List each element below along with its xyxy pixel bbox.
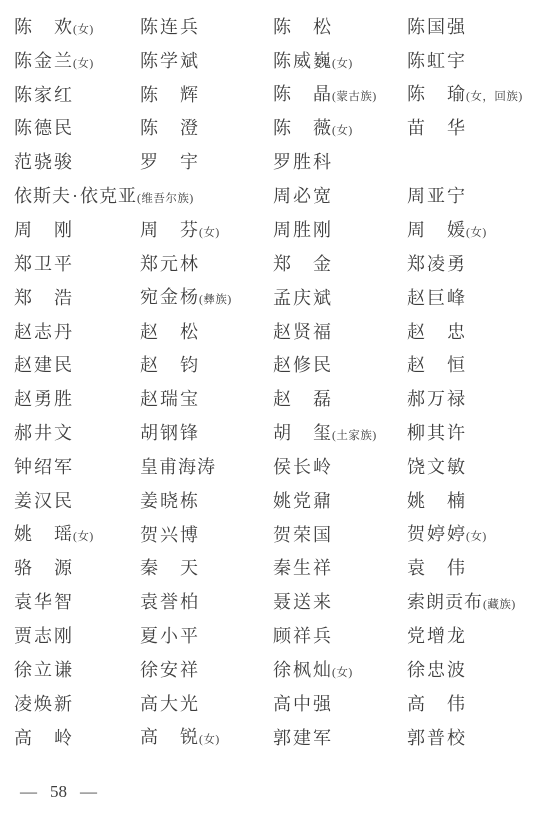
delegate-entry: 陈金兰(女) bbox=[14, 52, 140, 71]
delegate-name: 陈晶 bbox=[273, 85, 331, 103]
delegate-entry: 饶文敏 bbox=[407, 458, 550, 476]
list-row: 钟绍军皇甫海涛侯长岭饶文敏 bbox=[14, 450, 550, 484]
delegate-entry: 周媛(女) bbox=[407, 221, 550, 240]
delegate-entry: 赵巨峰 bbox=[407, 289, 550, 307]
delegate-name: 赵勇胜 bbox=[14, 390, 72, 408]
list-row: 郝井文胡钢锋胡玺(土家族)柳其许 bbox=[14, 416, 550, 450]
delegate-entry: 夏小平 bbox=[140, 627, 273, 645]
delegate-name: 赵修民 bbox=[273, 356, 331, 374]
delegate-annotation: (女) bbox=[465, 227, 487, 239]
delegate-entry: 郭普校 bbox=[407, 729, 550, 747]
list-row: 郑卫平郑元林郑金郑凌勇 bbox=[14, 247, 550, 281]
delegate-name: 胡钢锋 bbox=[140, 424, 198, 442]
delegate-name: 袁伟 bbox=[407, 559, 465, 577]
delegate-entry: 宛金杨(彝族) bbox=[140, 288, 273, 307]
delegate-name: 赵恒 bbox=[407, 356, 465, 374]
delegate-entry: 徐忠波 bbox=[407, 661, 550, 679]
delegate-entry: 赵钧 bbox=[140, 356, 273, 374]
delegate-entry: 聂送来 bbox=[273, 593, 407, 611]
delegate-name: 赵钧 bbox=[140, 356, 198, 374]
delegate-name: 陈国强 bbox=[407, 18, 465, 36]
delegate-entry: 陈德民 bbox=[14, 119, 140, 137]
list-row: 凌焕新高大光高中强高伟 bbox=[14, 687, 550, 721]
delegate-entry: 陈连兵 bbox=[140, 18, 273, 36]
delegate-name: 徐立谦 bbox=[14, 661, 72, 679]
delegate-entry: 郑金 bbox=[273, 255, 407, 273]
delegate-name: 袁誉柏 bbox=[140, 593, 198, 611]
delegate-entry: 凌焕新 bbox=[14, 695, 140, 713]
delegate-name: 骆源 bbox=[14, 559, 72, 577]
delegate-entry: 周必宽 bbox=[273, 187, 407, 205]
delegate-entry: 侯长岭 bbox=[273, 458, 407, 476]
delegate-name: 范骁骏 bbox=[14, 153, 72, 171]
delegate-entry: 姚楠 bbox=[407, 492, 550, 510]
list-row: 贾志刚夏小平顾祥兵党增龙 bbox=[14, 619, 550, 653]
delegate-annotation: (女) bbox=[198, 227, 220, 239]
delegate-entry: 贺婷婷(女) bbox=[407, 525, 550, 544]
delegate-entry: 陈辉 bbox=[140, 86, 273, 104]
delegate-entry: 赵志丹 bbox=[14, 323, 140, 341]
delegate-entry: 郝万禄 bbox=[407, 390, 550, 408]
delegate-entry: 党增龙 bbox=[407, 627, 550, 645]
delegate-name: 陈威巍 bbox=[273, 52, 331, 70]
delegate-entry: 郑浩 bbox=[14, 289, 140, 307]
delegate-name: 周必宽 bbox=[273, 187, 331, 205]
delegate-entry: 陈欢(女) bbox=[14, 18, 140, 37]
delegate-entry: 郑卫平 bbox=[14, 255, 140, 273]
delegate-entry: 郝井文 bbox=[14, 424, 140, 442]
delegate-entry: 徐安祥 bbox=[140, 661, 273, 679]
delegate-entry: 钟绍军 bbox=[14, 458, 140, 476]
delegate-annotation: (蒙古族) bbox=[331, 91, 377, 103]
delegate-entry: 徐立谦 bbox=[14, 661, 140, 679]
delegate-entry: 骆源 bbox=[14, 559, 140, 577]
delegate-name: 贺婷婷 bbox=[407, 525, 465, 543]
delegate-entry: 秦天 bbox=[140, 559, 273, 577]
delegate-annotation: (女) bbox=[331, 58, 353, 70]
delegate-entry: 袁伟 bbox=[407, 559, 550, 577]
delegate-name: 贺兴博 bbox=[140, 526, 198, 544]
delegate-name: 孟庆斌 bbox=[273, 289, 331, 307]
delegate-entry: 徐枫灿(女) bbox=[273, 661, 407, 680]
delegate-name: 高中强 bbox=[273, 695, 331, 713]
delegate-name: 索朗贡布 bbox=[407, 593, 482, 611]
delegate-name: 郝井文 bbox=[14, 424, 72, 442]
delegate-entry: 袁华智 bbox=[14, 593, 140, 611]
footer-right-dash: — bbox=[80, 782, 97, 802]
delegate-name: 姜汉民 bbox=[14, 492, 72, 510]
delegate-name: 高锐 bbox=[140, 728, 198, 746]
delegate-name: 陈连兵 bbox=[140, 18, 198, 36]
delegate-name: 陈欢 bbox=[14, 18, 72, 36]
delegate-name: 赵志丹 bbox=[14, 323, 72, 341]
delegate-entry: 赵贤福 bbox=[273, 323, 407, 341]
delegate-name: 周芬 bbox=[140, 221, 198, 239]
delegate-name: 姚党鼐 bbox=[273, 492, 331, 510]
delegate-name: 赵建民 bbox=[14, 356, 72, 374]
delegate-entry: 周胜刚 bbox=[273, 221, 407, 239]
list-row: 范骁骏罗宇罗胜科 bbox=[14, 145, 550, 179]
delegate-annotation: (女，回族) bbox=[465, 91, 523, 103]
delegate-name: 赵松 bbox=[140, 323, 198, 341]
delegate-entry: 索朗贡布(藏族) bbox=[407, 593, 550, 612]
delegate-entry: 周亚宁 bbox=[407, 187, 550, 205]
delegate-entry: 赵勇胜 bbox=[14, 390, 140, 408]
delegate-name: 陈家红 bbox=[14, 86, 72, 104]
delegate-entry: 孟庆斌 bbox=[273, 289, 407, 307]
delegate-name: 陈金兰 bbox=[14, 52, 72, 70]
delegate-entry: 依斯夫 · 依克亚(维吾尔族) bbox=[14, 187, 273, 206]
delegate-name: 侯长岭 bbox=[273, 458, 331, 476]
delegate-name: 郑元林 bbox=[140, 255, 198, 273]
delegate-entry: 皇甫海涛 bbox=[140, 458, 273, 476]
delegate-entry: 周芬(女) bbox=[140, 221, 273, 240]
delegate-entry: 赵修民 bbox=[273, 356, 407, 374]
delegate-name: 高大光 bbox=[140, 695, 198, 713]
delegate-entry: 赵恒 bbox=[407, 356, 550, 374]
delegate-entry: 贺荣国 bbox=[273, 526, 407, 544]
delegate-name: 姜晓栋 bbox=[140, 492, 198, 510]
delegate-name: 饶文敏 bbox=[407, 458, 465, 476]
delegate-entry: 郭建军 bbox=[273, 729, 407, 747]
delegate-entry: 袁誉柏 bbox=[140, 593, 273, 611]
delegate-name: 苗华 bbox=[407, 119, 465, 137]
delegate-name: 赵磊 bbox=[273, 390, 331, 408]
list-row: 郑浩宛金杨(彝族)孟庆斌赵巨峰 bbox=[14, 281, 550, 315]
list-row: 姚瑶(女)贺兴博贺荣国贺婷婷(女) bbox=[14, 518, 550, 552]
delegate-name: 钟绍军 bbox=[14, 458, 72, 476]
delegate-name: 陈薇 bbox=[273, 119, 331, 137]
delegate-entry: 郑凌勇 bbox=[407, 255, 550, 273]
delegate-name: 郑浩 bbox=[14, 289, 72, 307]
delegate-annotation: (彝族) bbox=[198, 294, 232, 306]
delegate-name: 党增龙 bbox=[407, 627, 465, 645]
delegate-name: 陈澄 bbox=[140, 119, 198, 137]
list-row: 姜汉民姜晓栋姚党鼐姚楠 bbox=[14, 484, 550, 518]
delegate-entry: 罗宇 bbox=[140, 153, 273, 171]
delegate-name: 高岭 bbox=[14, 729, 72, 747]
delegate-name: 周亚宁 bbox=[407, 187, 465, 205]
list-row: 陈德民陈澄陈薇(女)苗华 bbox=[14, 112, 550, 146]
delegate-name: 郭建军 bbox=[273, 729, 331, 747]
delegate-entry: 顾祥兵 bbox=[273, 627, 407, 645]
delegate-entry: 胡玺(土家族) bbox=[273, 424, 407, 443]
delegate-name: 陈德民 bbox=[14, 119, 72, 137]
delegate-name: 袁华智 bbox=[14, 593, 72, 611]
delegate-entry: 秦生祥 bbox=[273, 559, 407, 577]
delegate-entry: 高锐(女) bbox=[140, 728, 273, 747]
delegate-entry: 高中强 bbox=[273, 695, 407, 713]
delegate-name: 姚瑶 bbox=[14, 525, 72, 543]
delegate-entry: 周刚 bbox=[14, 221, 140, 239]
delegate-name: 徐安祥 bbox=[140, 661, 198, 679]
delegate-name: 皇甫海涛 bbox=[140, 458, 215, 476]
delegate-name: 郝万禄 bbox=[407, 390, 465, 408]
footer-left-dash: — bbox=[20, 782, 37, 802]
delegate-annotation: (藏族) bbox=[482, 599, 516, 611]
delegate-name: 姚楠 bbox=[407, 492, 465, 510]
list-row: 赵勇胜赵瑞宝赵磊郝万禄 bbox=[14, 382, 550, 416]
delegate-entry: 姚党鼐 bbox=[273, 492, 407, 510]
delegate-entry: 范骁骏 bbox=[14, 153, 140, 171]
delegate-entry: 高岭 bbox=[14, 729, 140, 747]
page-number: 58 bbox=[50, 782, 67, 802]
delegate-annotation: (女) bbox=[465, 531, 487, 543]
delegate-entry: 赵建民 bbox=[14, 356, 140, 374]
delegate-entry: 赵忠 bbox=[407, 323, 550, 341]
delegate-entry: 陈家红 bbox=[14, 86, 140, 104]
delegate-entry: 贾志刚 bbox=[14, 627, 140, 645]
delegate-entry: 陈薇(女) bbox=[273, 119, 407, 138]
delegate-name: 徐忠波 bbox=[407, 661, 465, 679]
delegate-name: 赵忠 bbox=[407, 323, 465, 341]
delegate-name: 陈松 bbox=[273, 18, 331, 36]
delegate-annotation: (女) bbox=[331, 125, 353, 137]
delegate-name: 凌焕新 bbox=[14, 695, 72, 713]
delegate-entry: 姚瑶(女) bbox=[14, 525, 140, 544]
list-row: 徐立谦徐安祥徐枫灿(女)徐忠波 bbox=[14, 653, 550, 687]
delegate-name: 周胜刚 bbox=[273, 221, 331, 239]
list-row: 陈欢(女)陈连兵陈松陈国强 bbox=[14, 10, 550, 44]
delegate-name: 赵巨峰 bbox=[407, 289, 465, 307]
delegate-name: 罗宇 bbox=[140, 153, 198, 171]
list-row: 赵志丹赵松赵贤福赵忠 bbox=[14, 315, 550, 349]
delegate-name: 宛金杨 bbox=[140, 288, 198, 306]
delegate-entry: 陈晶(蒙古族) bbox=[273, 85, 407, 104]
delegate-annotation: (女) bbox=[331, 667, 353, 679]
delegate-annotation: (女) bbox=[72, 531, 94, 543]
delegate-entry: 姜汉民 bbox=[14, 492, 140, 510]
delegate-entry: 陈瑜(女，回族) bbox=[407, 85, 550, 104]
delegate-entry: 高大光 bbox=[140, 695, 273, 713]
list-row: 高岭高锐(女)郭建军郭普校 bbox=[14, 721, 550, 755]
delegate-entry: 罗胜科 bbox=[273, 153, 407, 171]
delegate-name: 周刚 bbox=[14, 221, 72, 239]
delegate-name: 柳其许 bbox=[407, 424, 465, 442]
delegate-entry: 高伟 bbox=[407, 695, 550, 713]
delegate-name: 顾祥兵 bbox=[273, 627, 331, 645]
delegate-name: 陈辉 bbox=[140, 86, 198, 104]
list-row: 赵建民赵钧赵修民赵恒 bbox=[14, 348, 550, 382]
list-row: 依斯夫 · 依克亚(维吾尔族)周必宽周亚宁 bbox=[14, 179, 550, 213]
delegate-entry: 陈威巍(女) bbox=[273, 52, 407, 71]
list-row: 周刚周芬(女)周胜刚周媛(女) bbox=[14, 213, 550, 247]
delegate-name: 陈瑜 bbox=[407, 85, 465, 103]
delegate-entry: 姜晓栋 bbox=[140, 492, 273, 510]
delegate-name: 陈学斌 bbox=[140, 52, 198, 70]
page-footer: — 58 — bbox=[20, 782, 97, 802]
document-page: 陈欢(女)陈连兵陈松陈国强陈金兰(女)陈学斌陈威巍(女)陈虹宇陈家红陈辉陈晶(蒙… bbox=[0, 0, 550, 814]
delegate-entry: 陈松 bbox=[273, 18, 407, 36]
delegate-name: 夏小平 bbox=[140, 627, 198, 645]
delegate-entry: 胡钢锋 bbox=[140, 424, 273, 442]
delegate-name: 依斯夫 · 依克亚 bbox=[14, 187, 136, 205]
delegate-annotation: (女) bbox=[72, 24, 94, 36]
delegate-annotation: (土家族) bbox=[331, 430, 377, 442]
delegate-entry: 陈澄 bbox=[140, 119, 273, 137]
delegate-name: 胡玺 bbox=[273, 424, 331, 442]
delegate-entry: 赵松 bbox=[140, 323, 273, 341]
delegate-entry: 贺兴博 bbox=[140, 526, 273, 544]
delegate-entry: 赵磊 bbox=[273, 390, 407, 408]
list-row: 陈家红陈辉陈晶(蒙古族)陈瑜(女，回族) bbox=[14, 78, 550, 112]
delegate-name: 秦生祥 bbox=[273, 559, 331, 577]
delegate-annotation: (维吾尔族) bbox=[136, 193, 194, 205]
delegate-name: 郑凌勇 bbox=[407, 255, 465, 273]
delegate-entry: 赵瑞宝 bbox=[140, 390, 273, 408]
delegate-name: 罗胜科 bbox=[273, 153, 331, 171]
delegate-name: 郭普校 bbox=[407, 729, 465, 747]
delegate-name: 周媛 bbox=[407, 221, 465, 239]
delegate-annotation: (女) bbox=[198, 734, 220, 746]
list-row: 骆源秦天秦生祥袁伟 bbox=[14, 552, 550, 586]
delegate-name: 贾志刚 bbox=[14, 627, 72, 645]
name-list: 陈欢(女)陈连兵陈松陈国强陈金兰(女)陈学斌陈威巍(女)陈虹宇陈家红陈辉陈晶(蒙… bbox=[14, 10, 550, 755]
delegate-name: 高伟 bbox=[407, 695, 465, 713]
delegate-name: 秦天 bbox=[140, 559, 198, 577]
delegate-entry: 柳其许 bbox=[407, 424, 550, 442]
list-row: 陈金兰(女)陈学斌陈威巍(女)陈虹宇 bbox=[14, 44, 550, 78]
delegate-name: 郑金 bbox=[273, 255, 331, 273]
delegate-name: 赵贤福 bbox=[273, 323, 331, 341]
delegate-entry: 苗华 bbox=[407, 119, 550, 137]
delegate-name: 徐枫灿 bbox=[273, 661, 331, 679]
delegate-name: 聂送来 bbox=[273, 593, 331, 611]
delegate-entry: 陈虹宇 bbox=[407, 52, 550, 70]
delegate-name: 赵瑞宝 bbox=[140, 390, 198, 408]
delegate-name: 陈虹宇 bbox=[407, 52, 465, 70]
delegate-name: 郑卫平 bbox=[14, 255, 72, 273]
delegate-entry: 陈国强 bbox=[407, 18, 550, 36]
delegate-entry: 郑元林 bbox=[140, 255, 273, 273]
delegate-name: 贺荣国 bbox=[273, 526, 331, 544]
delegate-entry: 陈学斌 bbox=[140, 52, 273, 70]
delegate-annotation: (女) bbox=[72, 58, 94, 70]
list-row: 袁华智袁誉柏聂送来索朗贡布(藏族) bbox=[14, 585, 550, 619]
